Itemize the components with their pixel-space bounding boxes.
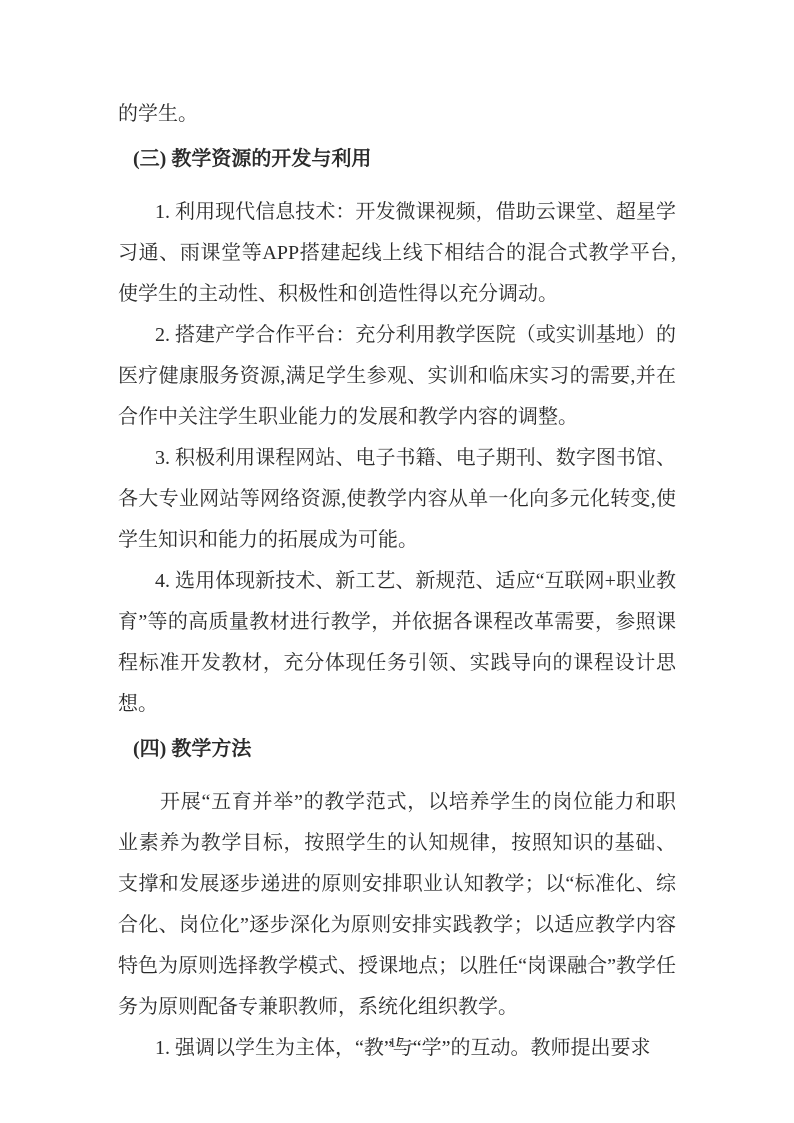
document-page: 的学生。 (三) 教学资源的开发与利用 1. 利用现代信息技术：开发微课视频，借… <box>0 0 794 1123</box>
paragraph-item-4: 4. 选用体现新技术、新工艺、新规范、适应“互联网+职业教育”等的高质量教材进行… <box>118 561 676 725</box>
page-number: - 17 - <box>0 1036 794 1052</box>
paragraph-item-1: 1. 利用现代信息技术：开发微课视频，借助云课堂、超星学习通、雨课堂等APP搭建… <box>118 192 676 315</box>
page-content: 的学生。 (三) 教学资源的开发与利用 1. 利用现代信息技术：开发微课视频，借… <box>0 0 794 1069</box>
section-heading-teaching-resources: (三) 教学资源的开发与利用 <box>118 139 676 180</box>
paragraph-continuation: 的学生。 <box>118 94 676 135</box>
paragraph-item-3: 3. 积极利用课程网站、电子书籍、电子期刊、数字图书馆、各大专业网站等网络资源,… <box>118 438 676 561</box>
section-heading-teaching-methods: (四) 教学方法 <box>118 729 676 770</box>
paragraph-item-2: 2. 搭建产学合作平台：充分利用教学医院（或实训基地）的医疗健康服务资源,满足学… <box>118 315 676 438</box>
paragraph-teaching-methods-intro: 开展“五育并举”的教学范式，以培养学生的岗位能力和职业素养为教学目标，按照学生的… <box>118 782 676 1028</box>
